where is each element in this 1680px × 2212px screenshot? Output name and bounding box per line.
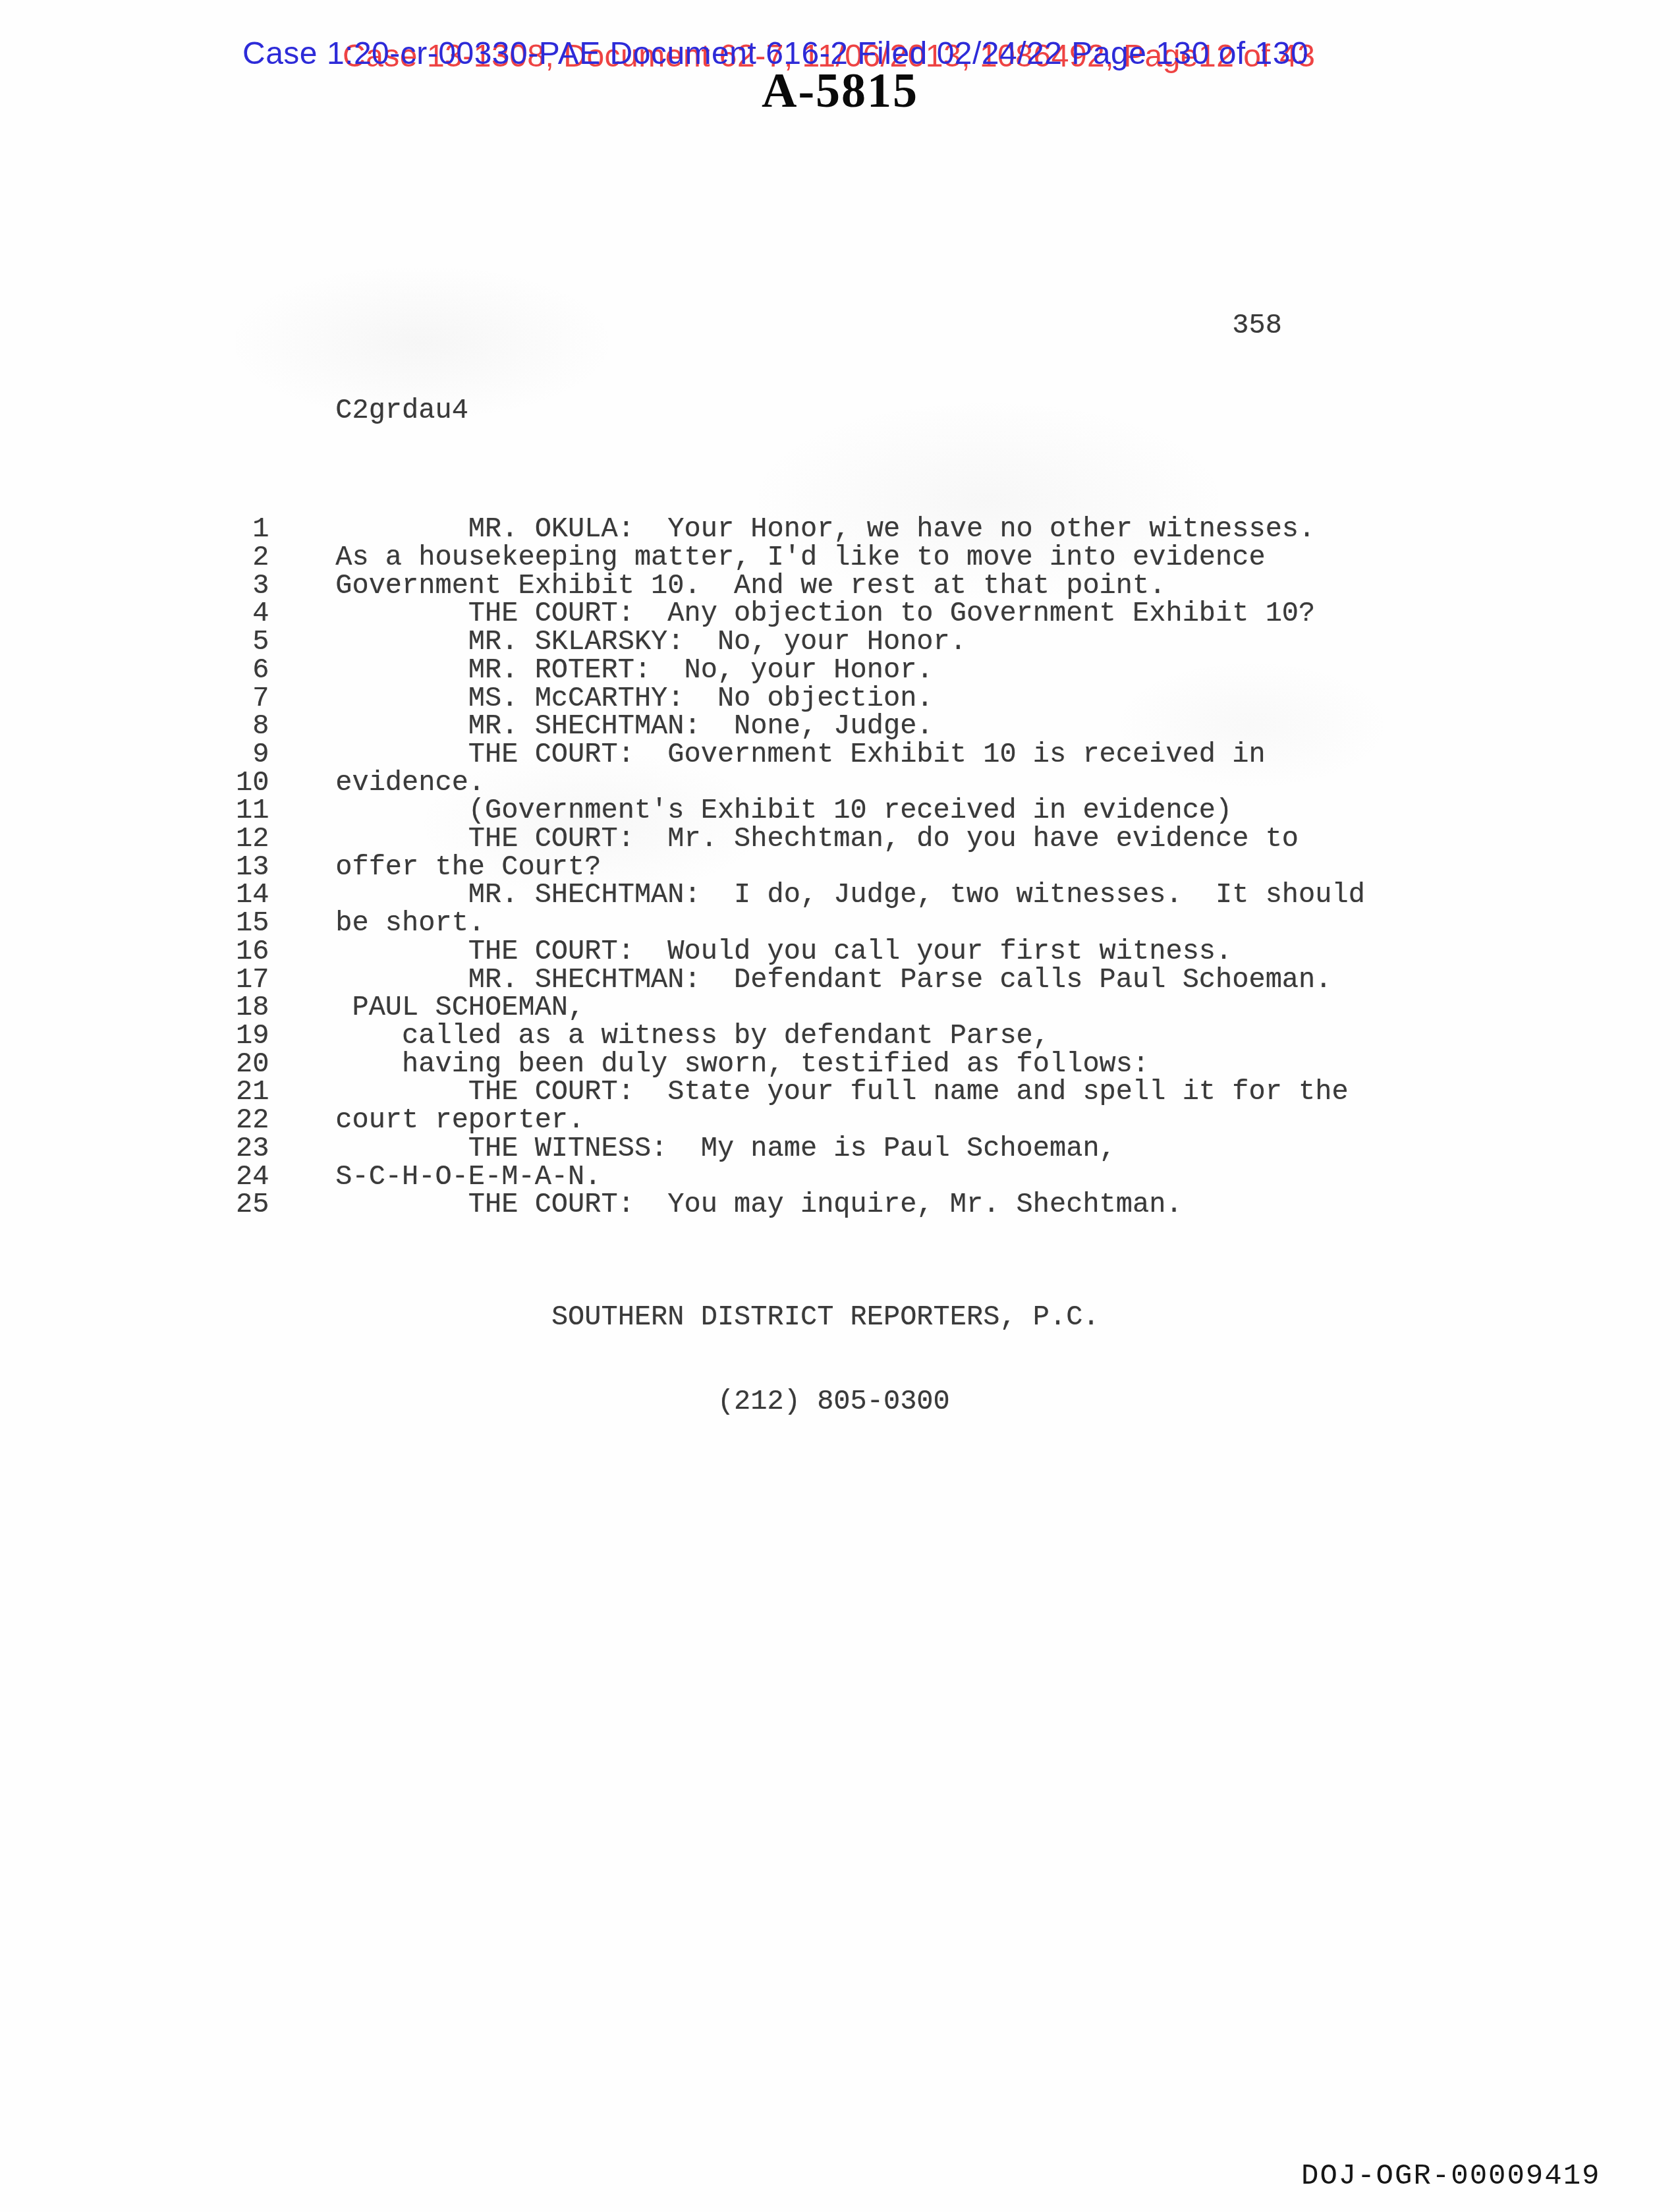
transcript-line: 1 MR. OKULA: Your Honor, we have no othe… [236, 515, 1365, 544]
transcript-line: 4 THE COURT: Any objection to Government… [236, 600, 1365, 628]
transcript-line: 22court reporter. [236, 1106, 1365, 1135]
line-number: 3 [236, 572, 269, 600]
line-text: THE COURT: Would you call your first wit… [335, 938, 1232, 966]
line-text: THE COURT: Government Exhibit 10 is rece… [335, 741, 1265, 769]
line-text: As a housekeeping matter, I'd like to mo… [335, 544, 1265, 572]
line-text: court reporter. [335, 1106, 584, 1135]
line-text: MR. OKULA: Your Honor, we have no other … [335, 515, 1315, 544]
transcript-code: C2grdau4 [236, 397, 1365, 425]
transcript-line: 20 having been duly sworn, testified as … [236, 1050, 1365, 1079]
line-number: 25 [236, 1191, 269, 1219]
appendix-page-label: A-5815 [0, 63, 1680, 119]
line-number: 20 [236, 1050, 269, 1079]
line-text: MS. McCARTHY: No objection. [335, 685, 933, 713]
line-text: Government Exhibit 10. And we rest at th… [335, 572, 1165, 600]
line-text: called as a witness by defendant Parse, [335, 1022, 1050, 1050]
transcript-line: 8 MR. SHECHTMAN: None, Judge. [236, 712, 1365, 741]
line-text: THE COURT: Mr. Shechtman, do you have ev… [335, 825, 1299, 853]
bates-number: DOJ-OGR-00009419 [1301, 2160, 1600, 2193]
transcript-line: 9 THE COURT: Government Exhibit 10 is re… [236, 741, 1365, 769]
transcript-line: 11 (Government's Exhibit 10 received in … [236, 797, 1365, 825]
transcript-line: 12 THE COURT: Mr. Shechtman, do you have… [236, 825, 1365, 853]
line-number: 7 [236, 685, 269, 713]
line-number: 6 [236, 656, 269, 685]
line-number: 24 [236, 1163, 269, 1191]
line-text: S-C-H-O-E-M-A-N. [335, 1163, 601, 1191]
transcript-line: 23 THE WITNESS: My name is Paul Schoeman… [236, 1135, 1365, 1163]
line-text: THE COURT: State your full name and spel… [335, 1078, 1348, 1106]
transcript-line: 7 MS. McCARTHY: No objection. [236, 685, 1365, 713]
transcript-lines: 1 MR. OKULA: Your Honor, we have no othe… [236, 515, 1365, 1219]
line-number: 16 [236, 938, 269, 966]
transcript-line: 21 THE COURT: State your full name and s… [236, 1078, 1365, 1106]
line-number: 11 [236, 797, 269, 825]
line-number: 13 [236, 853, 269, 882]
transcript-line: 6 MR. ROTERT: No, your Honor. [236, 656, 1365, 685]
line-number: 23 [236, 1135, 269, 1163]
line-number: 22 [236, 1106, 269, 1135]
line-number: 12 [236, 825, 269, 853]
line-text: MR. SHECHTMAN: I do, Judge, two witnesse… [335, 881, 1365, 909]
transcript-line: 19 called as a witness by defendant Pars… [236, 1022, 1365, 1050]
line-number: 14 [236, 881, 269, 909]
transcript-line: 24S-C-H-O-E-M-A-N. [236, 1163, 1365, 1191]
transcript-line: 16 THE COURT: Would you call your first … [236, 938, 1365, 966]
transcript-line: 5 MR. SKLARSKY: No, your Honor. [236, 628, 1365, 656]
line-text: MR. SHECHTMAN: None, Judge. [335, 712, 933, 741]
line-text: THE COURT: You may inquire, Mr. Shechtma… [335, 1191, 1182, 1219]
line-number: 1 [236, 515, 269, 544]
transcript-line: 3Government Exhibit 10. And we rest at t… [236, 572, 1365, 600]
line-number: 10 [236, 769, 269, 797]
transcript-line: 10evidence. [236, 769, 1365, 797]
transcript-body: 358 C2grdau4 1 MR. OKULA: Your Honor, we… [236, 256, 1365, 1472]
transcript-line: 14 MR. SHECHTMAN: I do, Judge, two witne… [236, 881, 1365, 909]
line-number: 21 [236, 1078, 269, 1106]
line-text: MR. SKLARSKY: No, your Honor. [335, 628, 966, 656]
line-number: 17 [236, 966, 269, 994]
line-text: PAUL SCHOEMAN, [335, 994, 584, 1022]
transcript-line: 13offer the Court? [236, 853, 1365, 882]
line-number: 5 [236, 628, 269, 656]
line-text: be short. [335, 909, 485, 938]
transcript-line: 15be short. [236, 909, 1365, 938]
line-text: (Government's Exhibit 10 received in evi… [335, 797, 1232, 825]
line-number: 2 [236, 544, 269, 572]
line-number: 8 [236, 712, 269, 741]
line-number: 4 [236, 600, 269, 628]
line-text: MR. ROTERT: No, your Honor. [335, 656, 933, 685]
line-number: 18 [236, 994, 269, 1022]
line-text: offer the Court? [335, 853, 601, 882]
transcript-page-number: 358 [236, 312, 1365, 340]
transcript-line: 25 THE COURT: You may inquire, Mr. Shech… [236, 1191, 1365, 1219]
line-number: 19 [236, 1022, 269, 1050]
line-text: having been duly sworn, testified as fol… [335, 1050, 1149, 1079]
transcript-line: 2As a housekeeping matter, I'd like to m… [236, 544, 1365, 572]
line-text: evidence. [335, 769, 485, 797]
line-text: THE COURT: Any objection to Government E… [335, 600, 1315, 628]
reporters-footer: SOUTHERN DISTRICT REPORTERS, P.C. [236, 1303, 1365, 1332]
line-text: MR. SHECHTMAN: Defendant Parse calls Pau… [335, 966, 1331, 994]
line-number: 15 [236, 909, 269, 938]
line-number: 9 [236, 741, 269, 769]
line-text: THE WITNESS: My name is Paul Schoeman, [335, 1135, 1116, 1163]
reporters-phone: (212) 805-0300 [236, 1388, 1365, 1416]
document-page: Case 13-1308, Document 62-7, 11/06/2013,… [0, 0, 1680, 2212]
transcript-line: 18 PAUL SCHOEMAN, [236, 994, 1365, 1022]
transcript-line: 17 MR. SHECHTMAN: Defendant Parse calls … [236, 966, 1365, 994]
